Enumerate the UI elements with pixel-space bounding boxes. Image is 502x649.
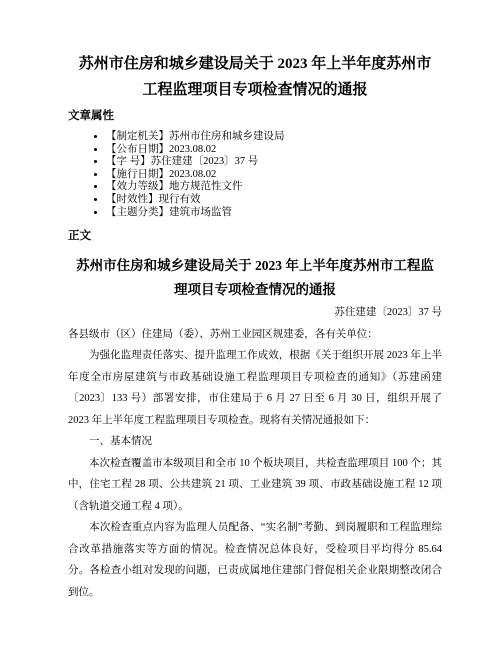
page-title: 苏州市住房和城乡建设局关于 2023 年上半年度苏州市工程监理项目专项检查情况的… [68,51,442,103]
section1-paragraph-1: 本次检查覆盖市本级项目和全市 10 个板块项目，共检查监理项目 100 个；其中… [68,453,442,518]
attribute-item-document-number: 【字 号】苏住建建〔2023〕37 号 [106,156,442,169]
attribute-item-validity: 【时效性】现行有效 [106,194,442,207]
attribute-label: 【字 号】 [106,156,151,167]
attribute-value: 建筑市场监管 [169,207,232,218]
salutation-line: 各县级市（区）住建局（委）、苏州工业园区规建委，各有关单位： [68,324,442,346]
attribute-label: 【制定机关】 [106,131,169,142]
attribute-value: 现行有效 [159,194,201,205]
attribute-item-issuing-authority: 【制定机关】苏州市住房和城乡建设局 [106,131,442,144]
attribute-value: 苏住建建〔2023〕37 号 [151,156,259,167]
attribute-label: 【效力等级】 [106,181,169,192]
document-title: 苏州市住房和城乡建设局关于 2023 年上半年度苏州市工程监理项目专项检查情况的… [68,254,442,302]
attribute-value: 苏州市住房和城乡建设局 [169,131,285,142]
attribute-value: 地方规范性文件 [169,181,243,192]
attribute-item-topic-category: 【主题分类】建筑市场监管 [106,207,442,220]
attribute-label: 【施行日期】 [106,169,169,180]
attribute-label: 【主题分类】 [106,207,169,218]
attribute-item-publish-date: 【公布日期】2023.08.02 [106,144,442,157]
main-text-heading: 正文 [68,230,442,243]
article-attributes-list: 【制定机关】苏州市住房和城乡建设局 【公布日期】2023.08.02 【字 号】… [68,131,442,219]
attribute-item-legal-level: 【效力等级】地方规范性文件 [106,181,442,194]
section1-heading: 一、基本情况 [68,431,442,453]
document-body: 苏州市住房和城乡建设局关于 2023 年上半年度苏州市工程监理项目专项检查情况的… [68,254,442,603]
document-page: 苏州市住房和城乡建设局关于 2023 年上半年度苏州市工程监理项目专项检查情况的… [0,0,502,649]
intro-paragraph: 为强化监理责任落实、提升监理工作成效，根据《关于组织开展 2023 年上半年度全… [68,345,442,431]
attribute-label: 【时效性】 [106,194,159,205]
attribute-item-effective-date: 【施行日期】2023.08.02 [106,169,442,182]
attribute-label: 【公布日期】 [106,144,169,155]
document-number: 苏住建建〔2023〕37 号 [68,302,442,324]
attribute-value: 2023.08.02 [169,169,216,180]
attribute-value: 2023.08.02 [169,144,216,155]
section1-paragraph-2: 本次检查重点内容为监理人员配备、“实名制”考勤、到岗履职和工程监理综合改革措施落… [68,517,442,603]
article-attributes-heading: 文章属性 [68,110,442,123]
